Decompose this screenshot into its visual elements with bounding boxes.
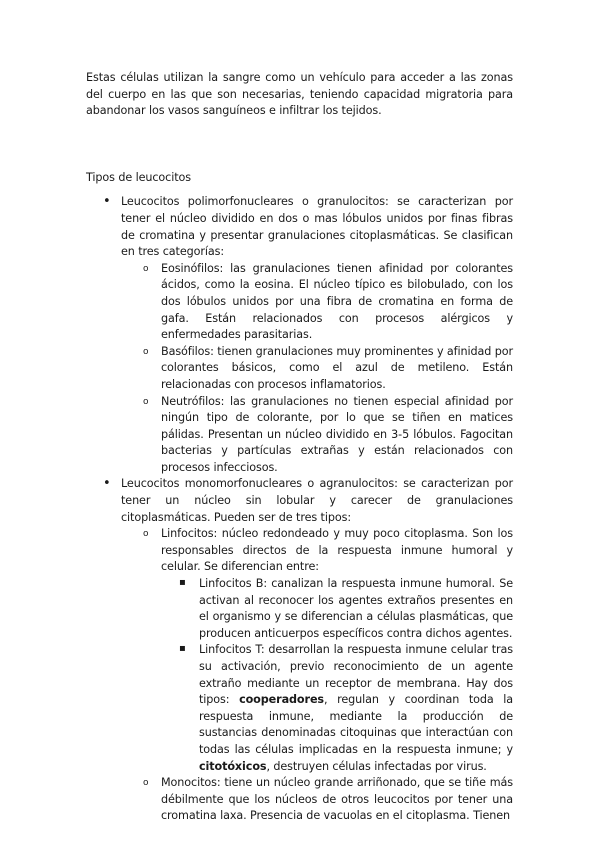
section-title: Tipos de leucocitos xyxy=(86,170,513,187)
bullet-square-icon xyxy=(179,641,186,658)
granulocitos-sublist: Eosinófilos: las granulaciones tienen af… xyxy=(86,261,513,477)
bold-term-citotoxicos: citotóxicos xyxy=(199,760,266,773)
agranulocitos-sublist: Linfocitos: núcleo redondeado y muy poco… xyxy=(86,526,513,825)
linfocitos-sublist: Linfocitos B: canalizan la respuesta inm… xyxy=(121,576,513,775)
list-item-text: Linfocitos B: canalizan la respuesta inm… xyxy=(199,577,513,640)
bullet-circle-icon xyxy=(143,394,148,411)
bullet-disc-icon xyxy=(103,194,111,211)
list-item-monocitos: Monocitos: tiene un núcleo grande arriño… xyxy=(121,775,513,825)
list-item-text: Linfocitos: núcleo redondeado y muy poco… xyxy=(161,527,513,573)
list-item-agranulocitos: Leucocitos monomorfonucleares o agranulo… xyxy=(86,476,513,824)
list-item-text: Monocitos: tiene un núcleo grande arriño… xyxy=(161,776,513,822)
bullet-circle-icon xyxy=(143,526,148,543)
list-item-text: Basófilos: tienen granulaciones muy prom… xyxy=(161,345,513,391)
list-item-eosinofilos: Eosinófilos: las granulaciones tienen af… xyxy=(121,261,513,344)
bullet-square-icon xyxy=(179,575,186,592)
leucocyte-types-list: Leucocitos polimorfonucleares o granuloc… xyxy=(86,194,513,825)
bullet-circle-icon xyxy=(143,261,148,278)
list-item-text: Eosinófilos: las granulaciones tienen af… xyxy=(161,262,513,341)
list-item-text: Leucocitos polimorfonucleares o granuloc… xyxy=(121,195,513,258)
list-item-text-after: , destruyen células infectadas por virus… xyxy=(266,760,486,773)
list-item-text: Leucocitos monomorfonucleares o agranulo… xyxy=(121,477,513,523)
list-item-neutrofilos: Neutrófilos: las granulaciones no tienen… xyxy=(121,394,513,477)
bullet-disc-icon xyxy=(103,476,111,493)
list-item-text: Neutrófilos: las granulaciones no tienen… xyxy=(161,395,513,474)
bold-term-cooperadores: cooperadores xyxy=(239,693,324,706)
list-item-granulocitos: Leucocitos polimorfonucleares o granuloc… xyxy=(86,194,513,476)
list-item-linfocitos: Linfocitos: núcleo redondeado y muy poco… xyxy=(121,526,513,775)
bullet-circle-icon xyxy=(143,344,148,361)
intro-paragraph: Estas células utilizan la sangre como un… xyxy=(86,70,513,120)
list-item-linfocitos-b: Linfocitos B: canalizan la respuesta inm… xyxy=(161,576,513,642)
document-page: Estas células utilizan la sangre como un… xyxy=(86,70,513,825)
list-item-basofilos: Basófilos: tienen granulaciones muy prom… xyxy=(121,344,513,394)
list-item-linfocitos-t: Linfocitos T: desarrollan la respuesta i… xyxy=(161,642,513,775)
bullet-circle-icon xyxy=(143,775,148,792)
